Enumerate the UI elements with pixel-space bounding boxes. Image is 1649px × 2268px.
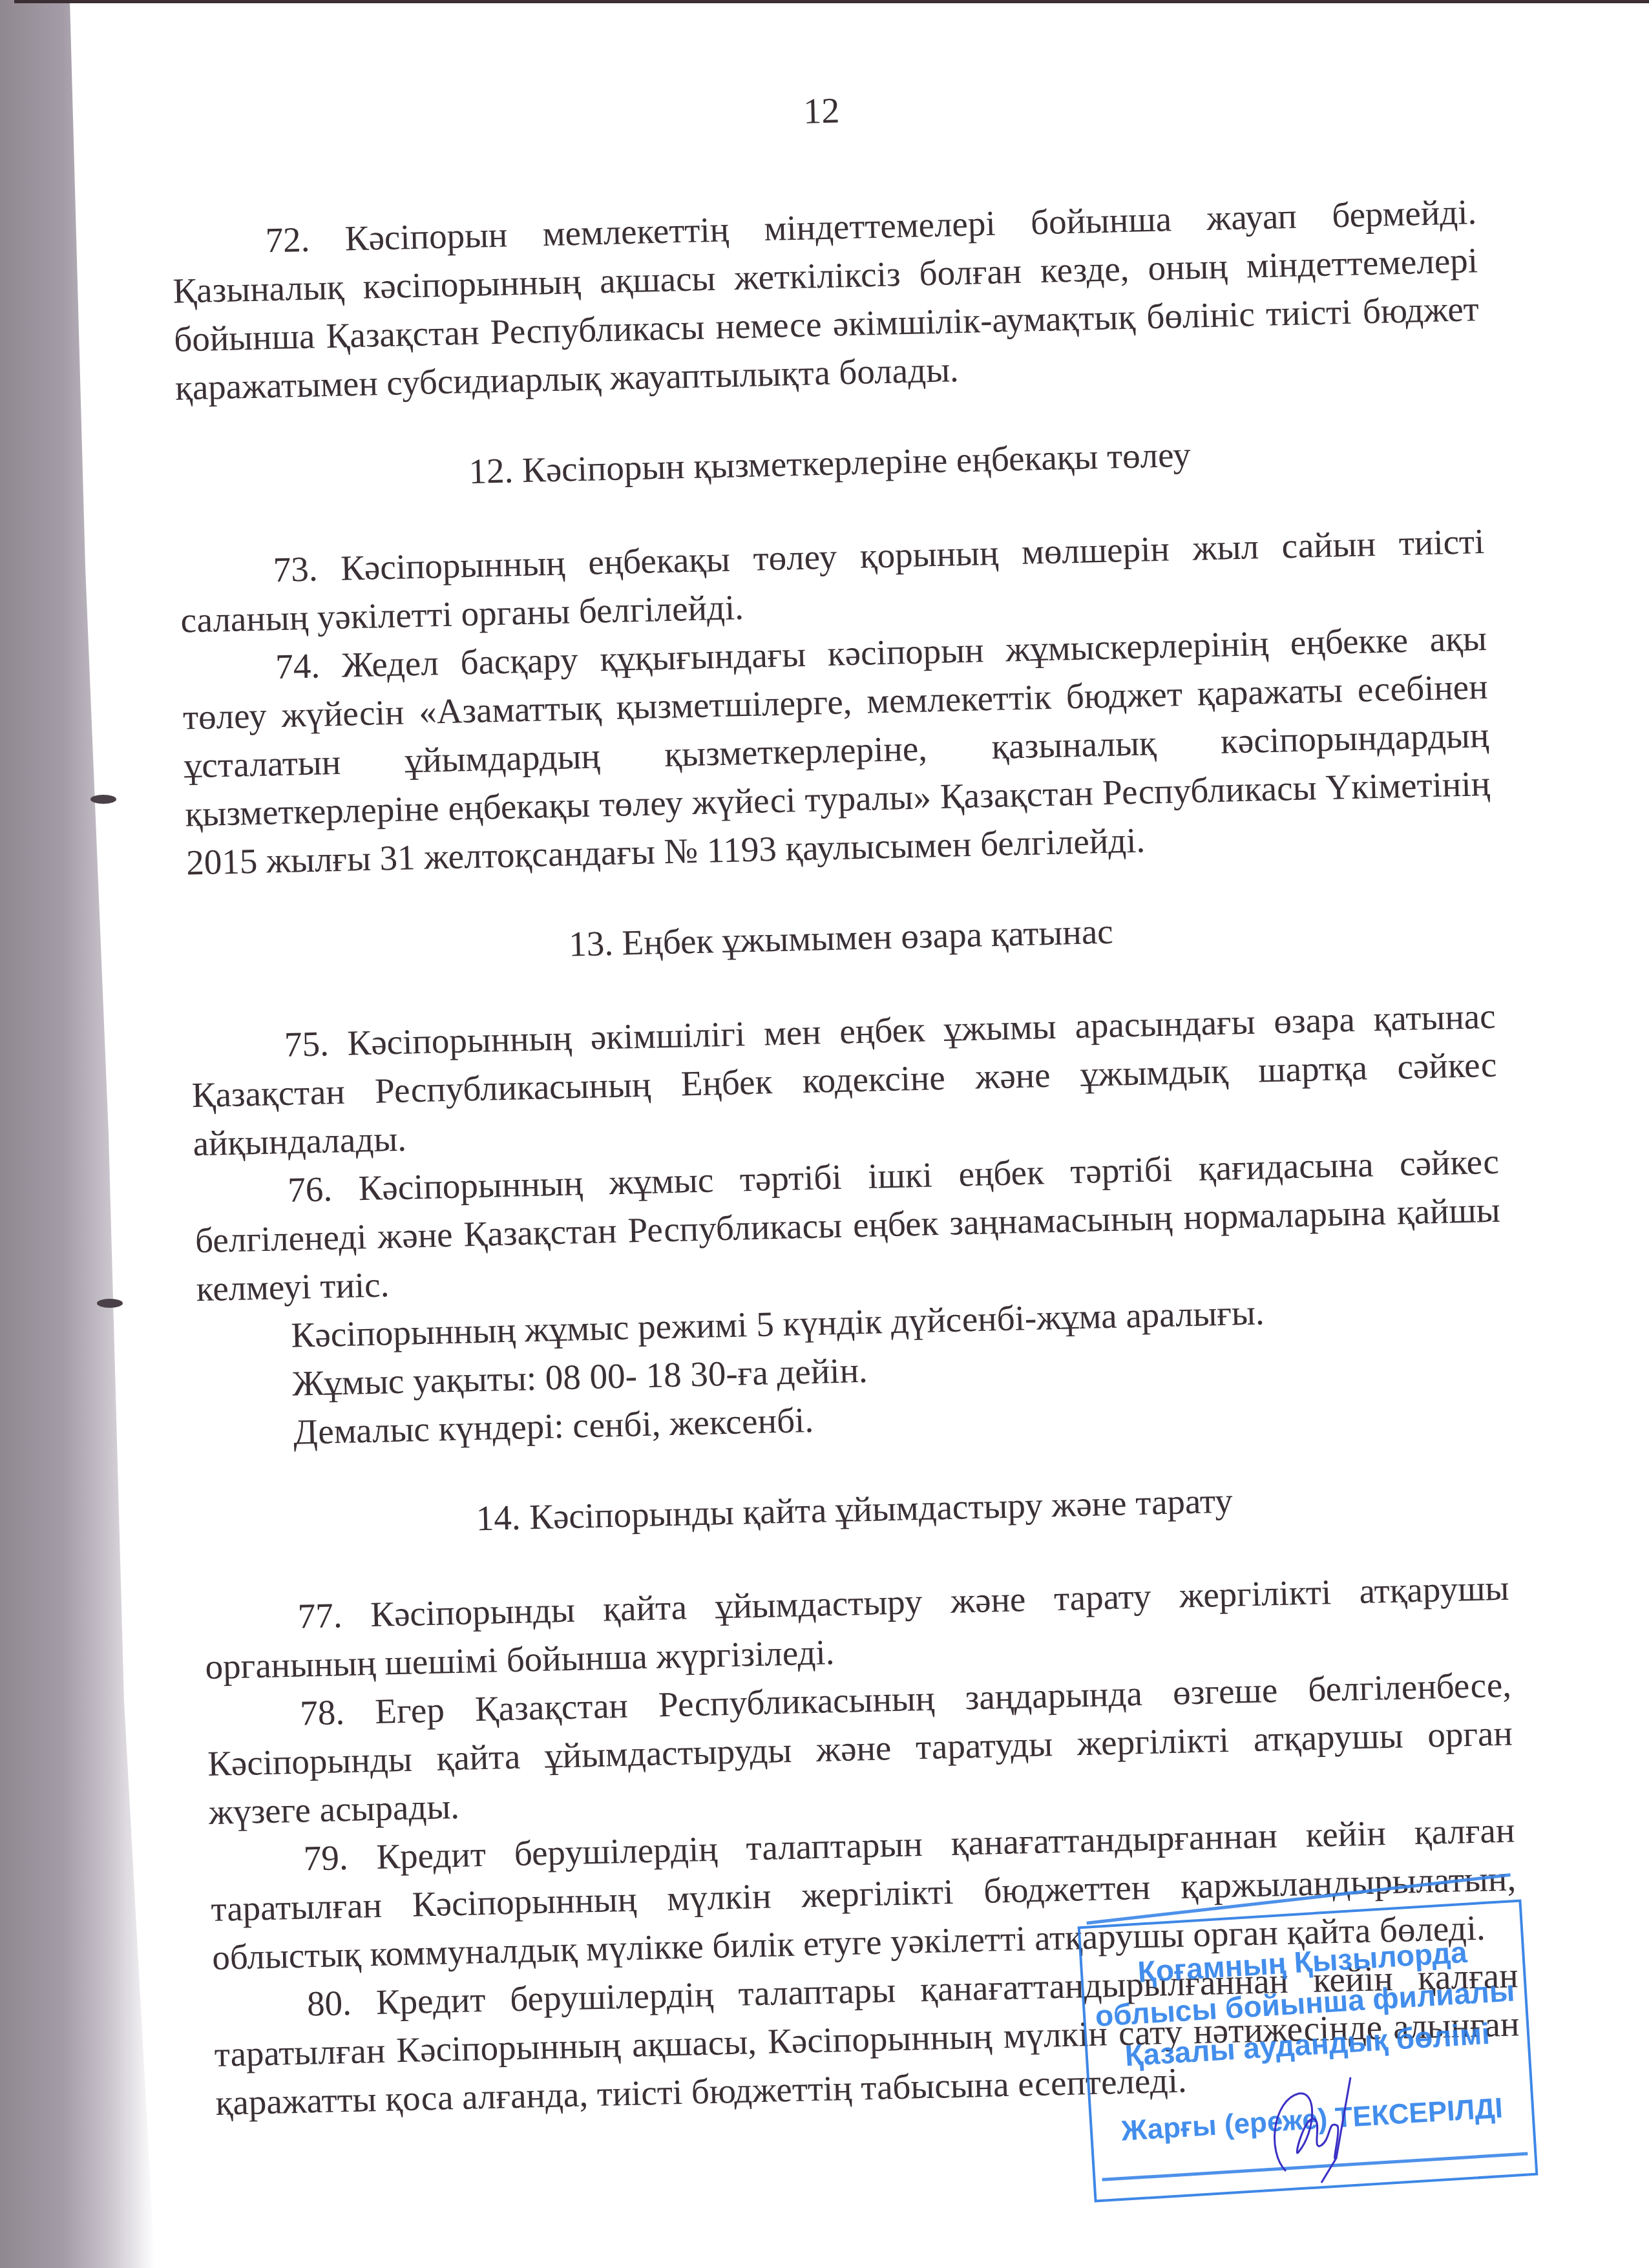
section-liability: 72. Кәсіпорын мемлекеттің міндеттемелері… <box>171 187 1481 412</box>
signature-icon <box>1260 2074 1357 2184</box>
section-heading: 14. Кәсіпорынды қайта ұйымдастыру және т… <box>202 1470 1507 1549</box>
punch-hole-mark <box>90 795 116 804</box>
paragraph-74: 74. Жедел басқару құқығындағы кәсіпорын … <box>181 614 1491 887</box>
page-number: 12 <box>169 75 1475 147</box>
punch-hole-mark <box>97 1299 123 1308</box>
section-heading: 12. Кәсіпорын қызметкерлеріне еңбекақы т… <box>176 423 1482 503</box>
paragraph-72: 72. Кәсіпорын мемлекеттің міндеттемелері… <box>171 187 1481 412</box>
section-12-wages: 12. Кәсіпорын қызметкерлеріне еңбекақы т… <box>176 423 1491 887</box>
section-13-labor-relations: 13. Еңбек ұжымымен өзара қатынас 75. Кәс… <box>188 898 1506 1458</box>
section-heading: 13. Еңбек ұжымымен өзара қатынас <box>188 898 1494 978</box>
scan-binding-shadow <box>0 0 155 2268</box>
document-page: 12 72. Кәсіпорын мемлекеттің міндеттемел… <box>168 62 1521 2127</box>
scan-top-edge <box>14 0 1649 3</box>
